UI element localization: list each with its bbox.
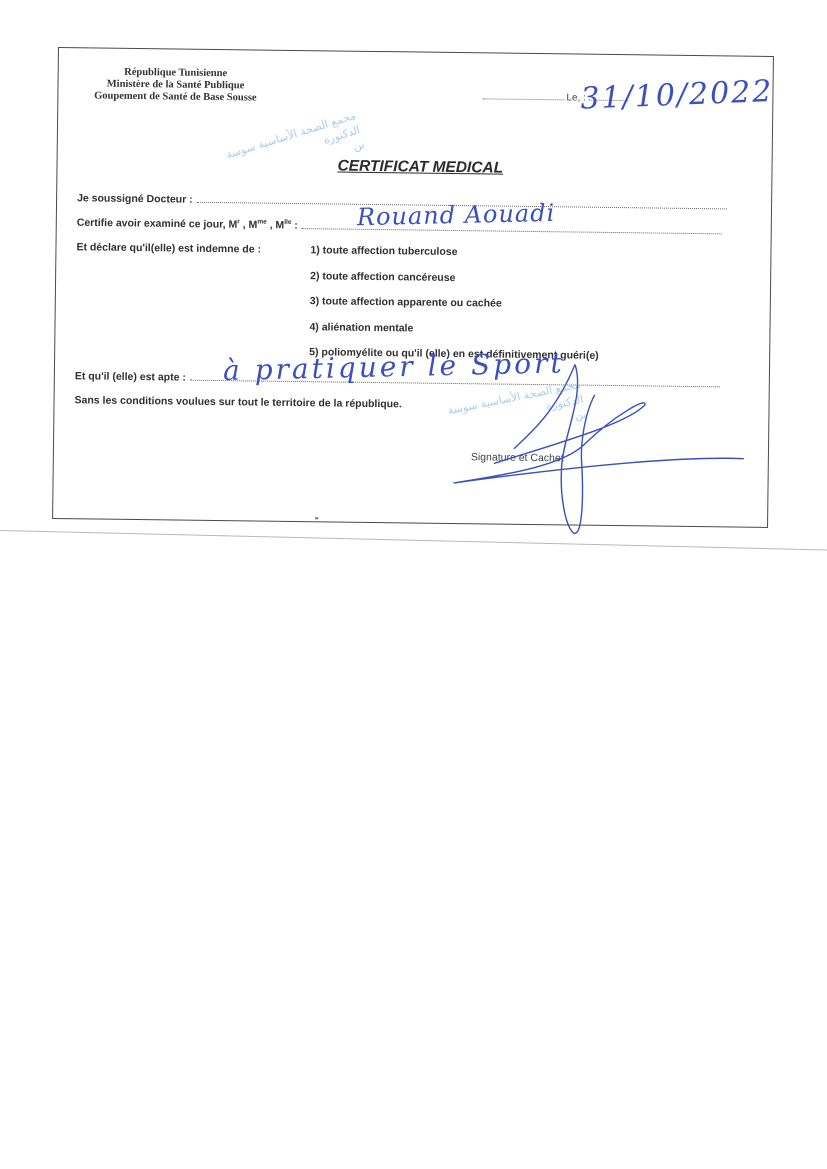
handwritten-patient-name: Rouand Aouadi [357,199,556,231]
condition-item: 3) toute affection apparente ou cachée [310,295,600,324]
condition-item: 4) aliénation mentale [309,321,599,350]
conditions-text: Sans les conditions voulues sur tout le … [74,394,401,410]
condition-item: 1) toute affection tuberculose [310,244,600,273]
issuer-group: Goupement de Santé de Base Sousse [85,90,265,104]
declare-label: Et déclare qu'il(elle) est indemne de : [76,241,261,255]
certificate-title: CERTIFICAT MEDICAL [337,158,503,178]
issuer-header: République Tunisienne Ministère de la Sa… [85,66,265,104]
condition-item: 2) toute affection cancéreuse [310,270,600,299]
apte-label: Et qu'il (elle) est apte : [75,370,186,383]
doctor-label: Je soussigné Docteur : [77,192,193,205]
certificate-frame: République Tunisienne Ministère de la Sa… [52,47,774,528]
scan-speck [315,517,318,519]
signature-scribble [433,353,755,517]
date-dots [482,97,564,100]
conditions-row: Sans les conditions voulues sur tout le … [74,394,401,410]
scanned-document: République Tunisienne Ministère de la Sa… [0,0,827,570]
patient-label: Certifie avoir examiné ce jour, Mr , Mme… [77,216,298,231]
stamp-top: مجمع الصحة الأساسية سوسة الدكتورة بن [224,108,366,191]
declare-row: Et déclare qu'il(elle) est indemne de : [76,241,261,255]
handwritten-date: 31/10/2022 [580,74,774,117]
